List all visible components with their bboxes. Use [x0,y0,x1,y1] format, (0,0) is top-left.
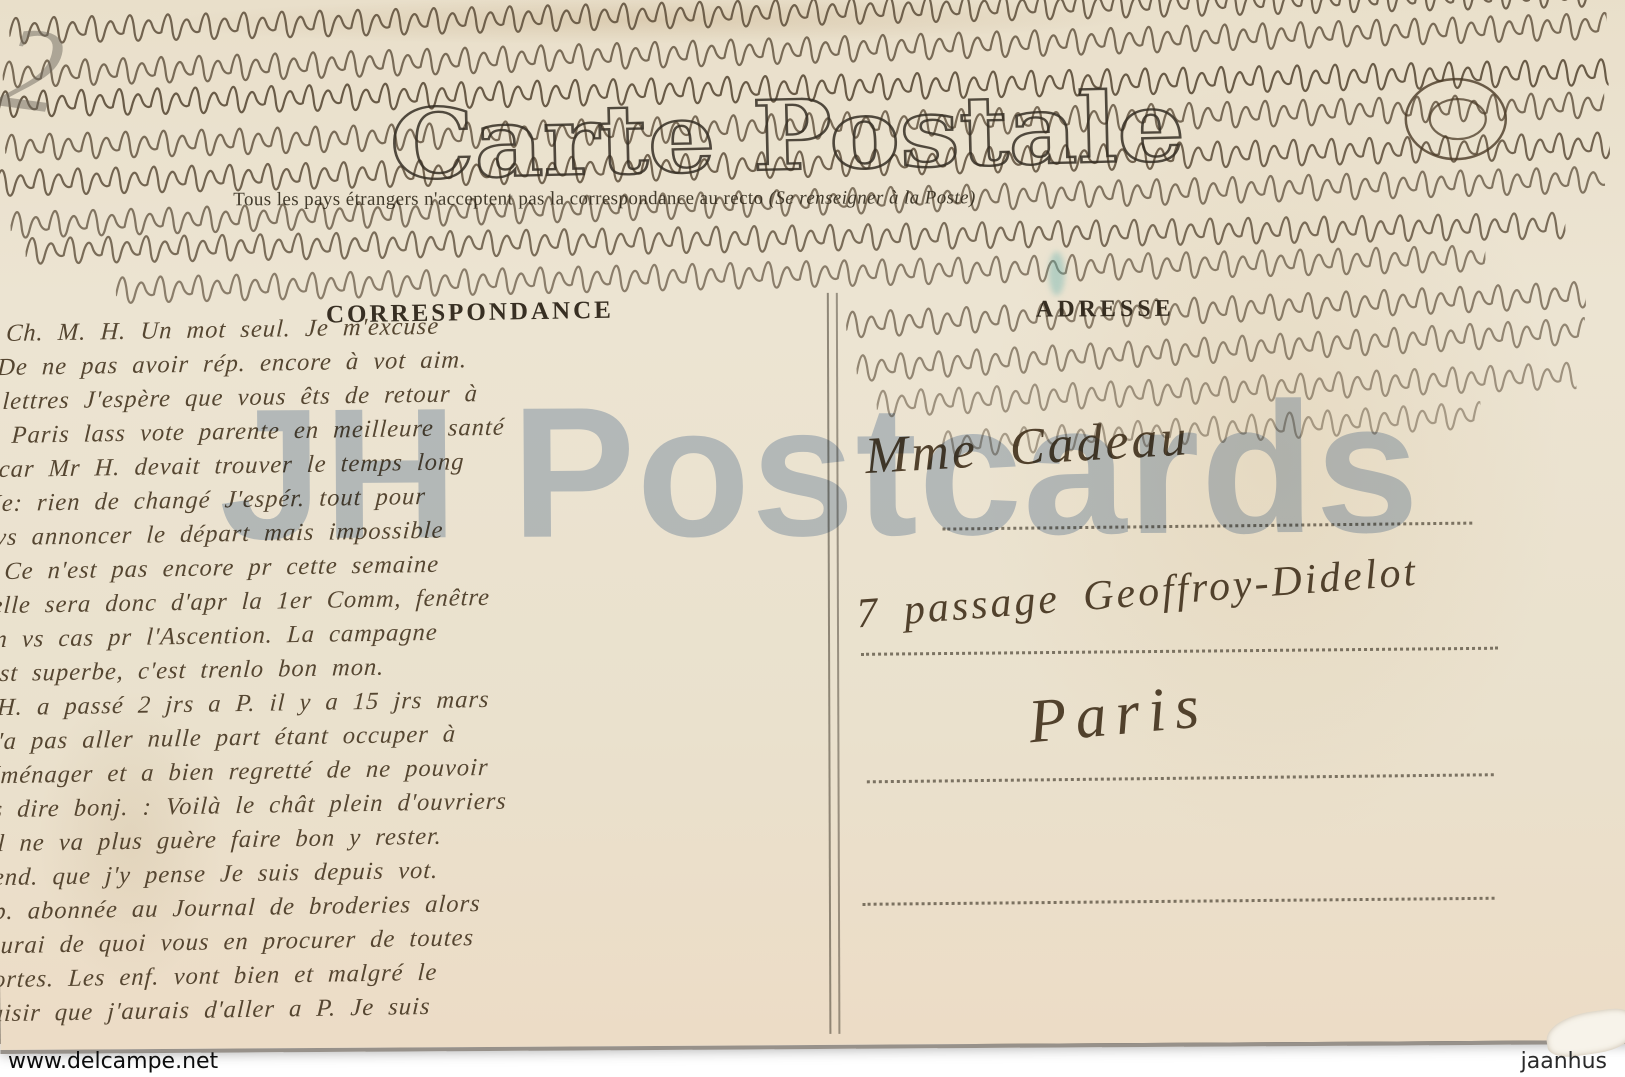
card-title: Carte Postale [389,70,1186,202]
scanned-postcard-photo: 2 Carte Postale Tous les pays étrangers … [0,0,1625,1077]
ink-stain [1049,251,1065,295]
circular-doodle [1399,69,1512,170]
postcard-back: 2 Carte Postale Tous les pays étrangers … [0,0,1625,1054]
notice-italic-text: (Se renseigner à la Poste) [769,187,976,209]
jh-postcards-watermark: JH Postcards [218,375,1420,568]
address-header: ADRESSE [1036,296,1175,324]
delcampe-credit: www.delcampe.net [8,1049,218,1074]
notice-text: Tous les pays étrangers n'acceptent pas … [233,188,768,210]
seller-credit: jaanhus [1521,1049,1607,1074]
printed-notice: Tous les pays étrangers n'acceptent pas … [233,187,975,211]
